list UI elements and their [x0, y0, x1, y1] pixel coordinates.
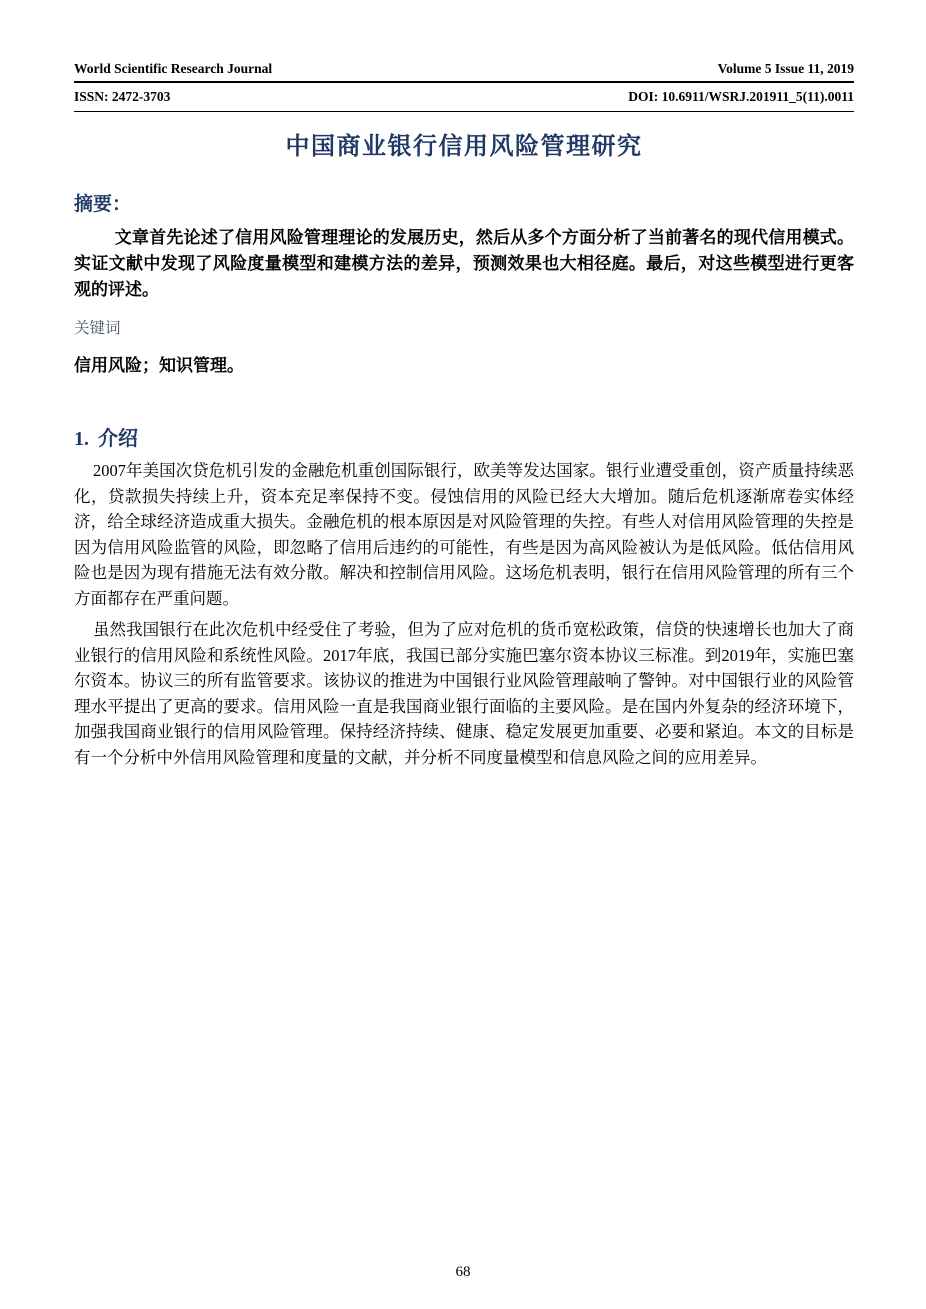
- doi: DOI: 10.6911/WSRJ.201911_5(11).0011: [628, 88, 854, 105]
- section-title: 介绍: [98, 428, 138, 450]
- issn: ISSN: 2472-3703: [74, 88, 170, 105]
- running-head: World Scientific Research Journal Volume…: [74, 60, 854, 112]
- header-rule-bottom: [74, 111, 854, 112]
- journal-name: World Scientific Research Journal: [74, 60, 272, 77]
- running-head-row-1: World Scientific Research Journal Volume…: [74, 60, 854, 77]
- keywords-text: 信用风险；知识管理。: [74, 351, 854, 376]
- page-number: 68: [0, 1264, 926, 1281]
- keywords-label: 关键词: [74, 316, 854, 338]
- running-head-row-2: ISSN: 2472-3703 DOI: 10.6911/WSRJ.201911…: [74, 88, 854, 105]
- volume-issue: Volume 5 Issue 11, 2019: [718, 60, 854, 77]
- header-rule-top: [74, 81, 854, 83]
- paper-title: 中国商业银行信用风险管理研究: [74, 126, 854, 161]
- intro-paragraph-1: 2007年美国次贷危机引发的金融危机重创国际银行，欧美等发达国家。银行业遭受重创…: [74, 458, 854, 611]
- intro-paragraph-2: 虽然我国银行在此次危机中经受住了考验，但为了应对危机的货币宽松政策，信贷的快速增…: [74, 617, 854, 770]
- section-number: 1.: [74, 428, 89, 450]
- section-heading-introduction: 1.介绍: [74, 422, 854, 451]
- abstract-label: 摘要：: [74, 189, 854, 216]
- abstract-text: 文章首先论述了信用风险管理理论的发展历史，然后从多个方面分析了当前著名的现代信用…: [74, 225, 854, 303]
- paper-page: World Scientific Research Journal Volume…: [0, 0, 926, 770]
